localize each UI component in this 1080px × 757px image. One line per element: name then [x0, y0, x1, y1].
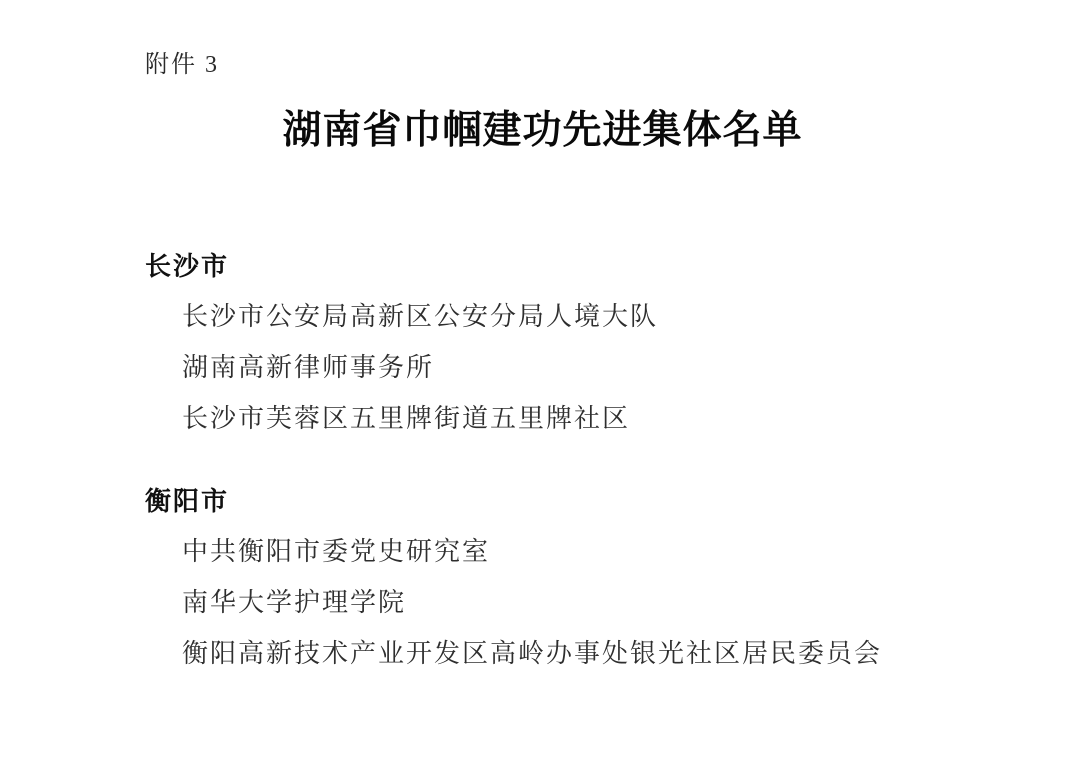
city-heading-hengyang: 衡阳市 [145, 489, 940, 515]
document-page: 附件 3 湖南省巾帼建功先进集体名单 长沙市 长沙市公安局高新区公安分局人境大队… [0, 0, 1080, 757]
city-heading-changsha: 长沙市 [145, 254, 940, 280]
collective-item: 南华大学护理学院 [182, 590, 940, 616]
collective-item: 长沙市公安局高新区公安分局人境大队 [182, 304, 940, 330]
collective-item: 中共衡阳市委党史研究室 [182, 539, 940, 565]
document-content: 附件 3 湖南省巾帼建功先进集体名单 长沙市 长沙市公安局高新区公安分局人境大队… [145, 0, 940, 667]
collective-item: 湖南高新律师事务所 [182, 355, 940, 381]
city-section-hengyang: 衡阳市 中共衡阳市委党史研究室 南华大学护理学院 衡阳高新技术产业开发区高岭办事… [145, 489, 940, 667]
collective-item: 长沙市芙蓉区五里牌街道五里牌社区 [182, 406, 940, 432]
document-title: 湖南省巾帼建功先进集体名单 [145, 109, 940, 153]
collective-item: 衡阳高新技术产业开发区高岭办事处银光社区居民委员会 [182, 641, 940, 667]
collective-list-hengyang: 中共衡阳市委党史研究室 南华大学护理学院 衡阳高新技术产业开发区高岭办事处银光社… [145, 539, 940, 667]
attachment-label: 附件 3 [145, 0, 940, 79]
collective-list-changsha: 长沙市公安局高新区公安分局人境大队 湖南高新律师事务所 长沙市芙蓉区五里牌街道五… [145, 304, 940, 432]
city-section-changsha: 长沙市 长沙市公安局高新区公安分局人境大队 湖南高新律师事务所 长沙市芙蓉区五里… [145, 254, 940, 432]
